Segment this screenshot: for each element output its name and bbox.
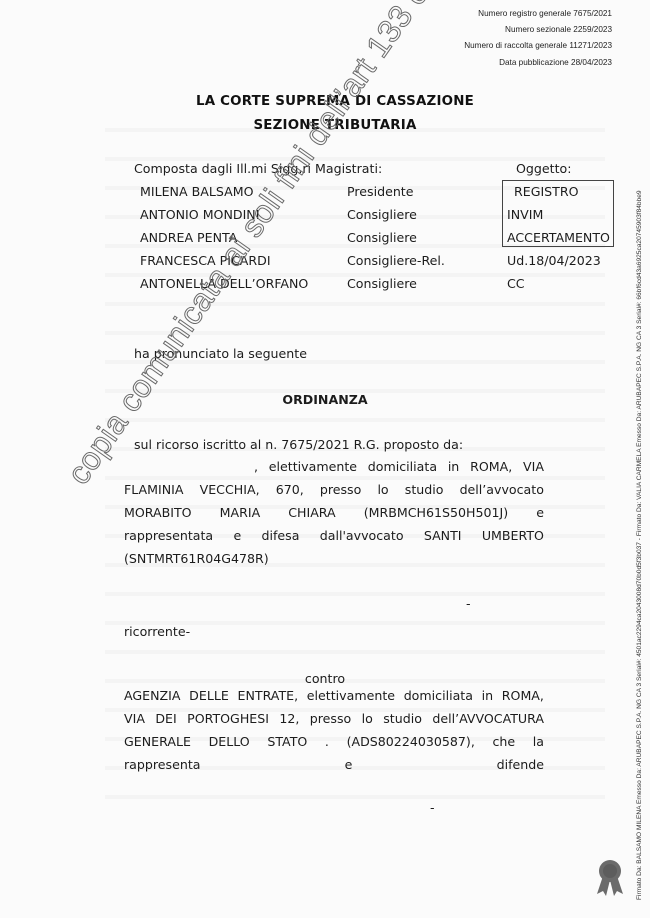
appellant-label: ricorrente- — [124, 624, 190, 639]
word: . — [325, 730, 329, 753]
word: e — [536, 501, 544, 524]
magistrate-name: MILENA BALSAMO — [140, 184, 254, 199]
respondent-paragraph: AGENZIADELLEENTRATE,elettivamentedomicil… — [124, 684, 544, 776]
word: DELLO — [209, 730, 250, 753]
magistrate-role: Consigliere — [347, 207, 417, 222]
word: rappresenta — [124, 753, 200, 776]
word: dell’AVVOCATURA — [432, 707, 544, 730]
word: STATO — [267, 730, 307, 753]
paragraph-line: rappresentaedifende — [124, 753, 544, 776]
word: elettivamente — [269, 455, 357, 478]
word: , — [254, 455, 258, 478]
oggetto-item: INVIM — [507, 207, 543, 222]
word: ROMA, — [502, 684, 544, 707]
word: AGENZIA — [124, 684, 181, 707]
word: DEI — [155, 707, 176, 730]
oggetto-label: Oggetto: — [516, 161, 571, 176]
appellant-paragraph: ,elettivamentedomiciliatainROMA,VIA FLAM… — [124, 455, 544, 570]
magistrate-role: Consigliere-Rel. — [347, 253, 445, 268]
paragraph-line: FLAMINIAVECCHIA,670,pressolostudiodell’a… — [124, 478, 544, 501]
paragraph-line: GENERALEDELLOSTATO.(ADS80224030587),chel… — [124, 730, 544, 753]
word: difende — [497, 753, 544, 776]
registry-metadata: Numero registro generale 7675/2021 Numer… — [464, 6, 612, 71]
magistrate-role: Consigliere — [347, 230, 417, 245]
registro-generale: Numero registro generale 7675/2021 — [464, 6, 612, 22]
word: PORTOGHESI — [187, 707, 269, 730]
word: dall'avvocato — [320, 524, 404, 547]
oggetto-item: ACCERTAMENTO — [507, 230, 610, 245]
paragraph-line: rappresentataedifesadall'avvocatoSANTIUM… — [124, 524, 544, 547]
word: SANTI — [424, 524, 462, 547]
oggetto-hearing-date: Ud.18/04/2023 — [507, 253, 601, 268]
document-type-heading: ORDINANZA — [0, 392, 650, 407]
word: studio — [405, 478, 444, 501]
paragraph-line: MORABITOMARIACHIARA(MRBMCH61S50H501J)e — [124, 501, 544, 524]
oggetto-item: REGISTRO — [514, 184, 579, 199]
oggetto-item: CC — [507, 276, 525, 291]
word: difesa — [261, 524, 299, 547]
word: presso — [310, 707, 351, 730]
data-pubblicazione: Data pubblicazione 28/04/2023 — [464, 55, 612, 71]
word: la — [533, 730, 544, 753]
word: e — [233, 524, 241, 547]
word: VECCHIA, — [200, 478, 260, 501]
word: DELLE — [189, 684, 229, 707]
word: UMBERTO — [482, 524, 544, 547]
document-page: Numero registro generale 7675/2021 Numer… — [0, 0, 650, 918]
numero-sezionale: Numero sezionale 2259/2023 — [464, 22, 612, 38]
word: elettivamente — [307, 684, 395, 707]
word: presso — [320, 478, 361, 501]
word: ROMA, — [470, 455, 512, 478]
word: 670, — [276, 478, 304, 501]
separator-dash: - — [430, 800, 435, 815]
raccolta-generale: Numero di raccolta generale 11271/2023 — [464, 38, 612, 54]
word: FLAMINIA — [124, 478, 184, 501]
word: lo — [377, 478, 388, 501]
word: ENTRATE, — [238, 684, 299, 707]
word: GENERALE — [124, 730, 191, 753]
word: e — [345, 753, 353, 776]
word: dell’avvocato — [460, 478, 544, 501]
seal-rosette-icon — [593, 858, 627, 898]
word: in — [448, 455, 459, 478]
word: 12, — [279, 707, 299, 730]
appeal-reference: sul ricorso iscritto al n. 7675/2021 R.G… — [134, 437, 463, 452]
paragraph-line: AGENZIADELLEENTRATE,elettivamentedomicil… — [124, 684, 544, 707]
composition-intro: Composta dagli Ill.mi Sigg.ri Magistrati… — [134, 161, 382, 176]
word: CHIARA — [288, 501, 335, 524]
paragraph-line: ,elettivamentedomiciliatainROMA,VIA — [124, 455, 544, 478]
word: MORABITO — [124, 501, 192, 524]
paragraph-line: (SNTMRT61R04G478R) — [124, 547, 544, 570]
word: domiciliata — [368, 455, 437, 478]
digital-signature-strip: Firmato Da: BALSAMO MILENA Emesso Da: AR… — [636, 190, 643, 900]
word: domiciliata — [404, 684, 473, 707]
word: MARIA — [220, 501, 261, 524]
word: rappresentata — [124, 524, 213, 547]
word: VIA — [523, 455, 544, 478]
word: (SNTMRT61R04G478R) — [124, 547, 269, 570]
magistrate-role: Consigliere — [347, 276, 417, 291]
word: che — [492, 730, 515, 753]
word: lo — [362, 707, 373, 730]
word: VIA — [124, 707, 145, 730]
separator-dash: - — [466, 596, 471, 611]
word: studio — [383, 707, 422, 730]
magistrate-role: Presidente — [347, 184, 414, 199]
word: (MRBMCH61S50H501J) — [364, 501, 508, 524]
word: in — [482, 684, 493, 707]
paragraph-line: VIADEIPORTOGHESI12,pressolostudiodell’AV… — [124, 707, 544, 730]
word: (ADS80224030587), — [347, 730, 475, 753]
